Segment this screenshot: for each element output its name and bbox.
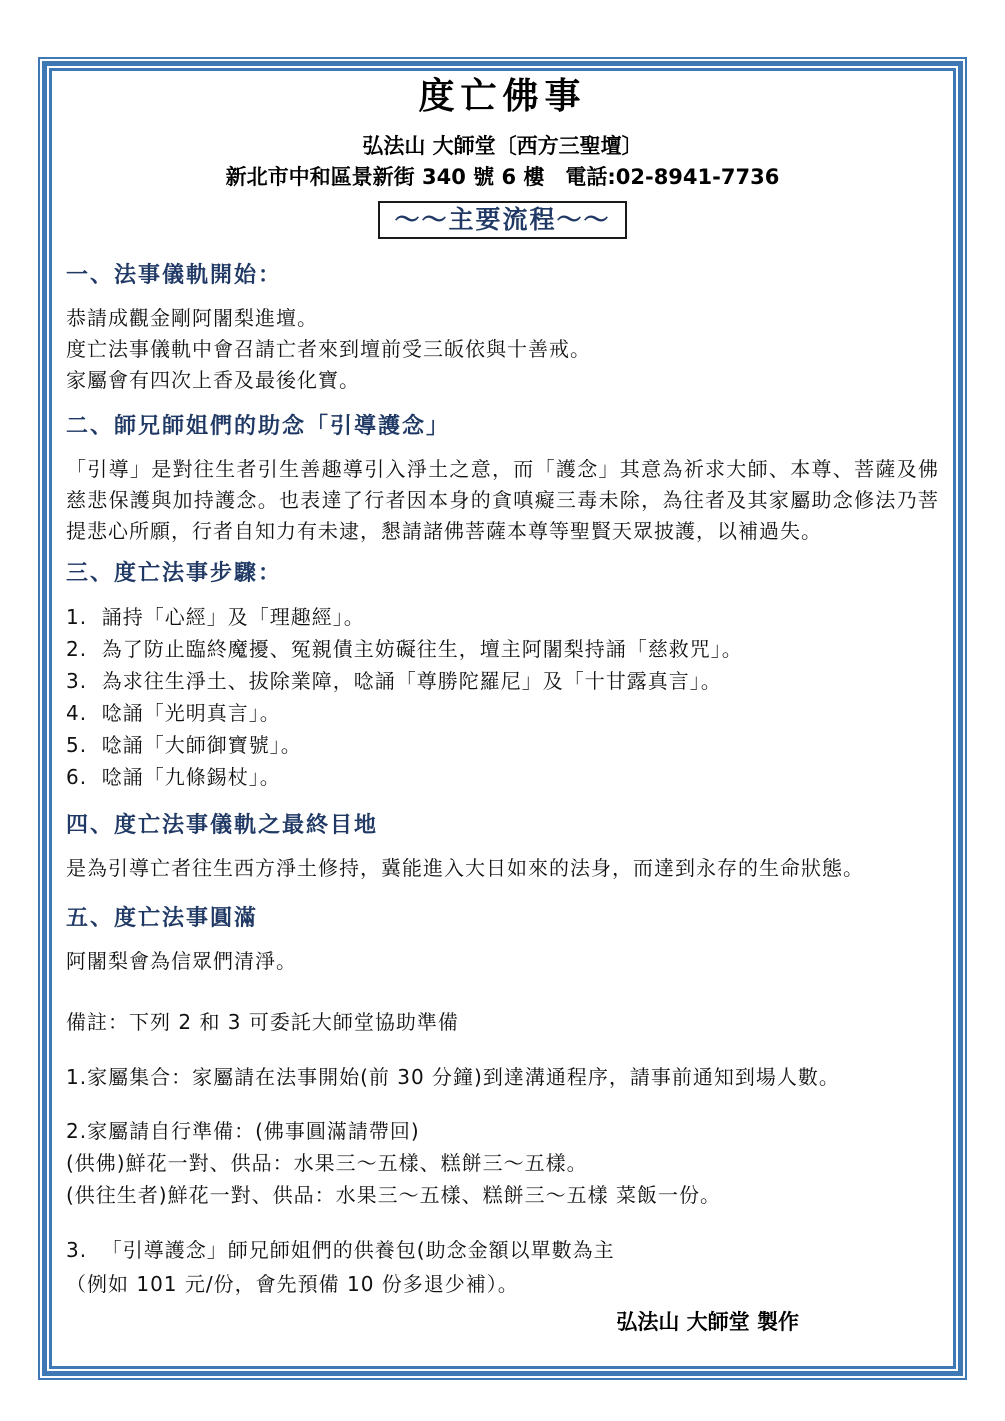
step-line: 2. 為了防止臨終魔擾、冤親債主妨礙往生，壇主阿闍梨持誦「慈救咒」。 xyxy=(66,633,939,665)
note-item-2: 2.家屬請自行準備：(佛事圓滿請帶回) (供佛)鮮花一對、供品：水果三～五樣、糕… xyxy=(66,1115,939,1211)
note-line: （例如 101 元/份，會先預備 10 份多退少補）。 xyxy=(66,1267,939,1301)
step-line: 6. 唸誦「九條錫杖」。 xyxy=(66,761,939,793)
note-item-1: 1.家屬集合：家屬請在法事開始(前 30 分鐘)到達溝通程序，請事前通知到場人數… xyxy=(66,1062,939,1093)
step-line: 4. 唸誦「光明真言」。 xyxy=(66,697,939,729)
document-title: 度亡佛事 xyxy=(66,75,939,119)
body-line: 是為引導亡者往生西方淨土修持，冀能進入大日如來的法身，而達到永存的生命狀態。 xyxy=(66,853,939,884)
document-content-area: 度亡佛事 弘法山 大師堂〔西方三聖壇〕 新北市中和區景新街 340 號 6 樓 … xyxy=(49,68,956,1369)
step-line: 1. 誦持「心經」及「理趣經」。 xyxy=(66,601,939,633)
venue-line: 弘法山 大師堂〔西方三聖壇〕 xyxy=(66,131,939,162)
section-4-body: 是為引導亡者往生西方淨土修持，冀能進入大日如來的法身，而達到永存的生命狀態。 xyxy=(66,853,939,884)
banner-row: ～～主要流程～～ xyxy=(66,201,939,239)
note-line: (供往生者)鮮花一對、供品：水果三～五樣、糕餅三～五樣 菜飯一份。 xyxy=(66,1179,939,1211)
note-line: (供佛)鮮花一對、供品：水果三～五樣、糕餅三～五樣。 xyxy=(66,1147,939,1179)
decorative-border-outer: 度亡佛事 弘法山 大師堂〔西方三聖壇〕 新北市中和區景新街 340 號 6 樓 … xyxy=(38,57,967,1380)
remark-line: 備註：下列 2 和 3 可委託大師堂協助準備 xyxy=(66,1007,939,1038)
step-line: 5. 唸誦「大師御寶號」。 xyxy=(66,729,939,761)
section-3-heading: 三、度亡法事步驟： xyxy=(66,559,939,589)
body-line: 恭請成觀金剛阿闍梨進壇。 xyxy=(66,303,939,334)
body-line: 阿闍梨會為信眾們清淨。 xyxy=(66,946,939,977)
section-3-steps: 1. 誦持「心經」及「理趣經」。 2. 為了防止臨終魔擾、冤親債主妨礙往生，壇主… xyxy=(66,601,939,793)
section-5-body: 阿闍梨會為信眾們清淨。 xyxy=(66,946,939,977)
main-process-banner: ～～主要流程～～ xyxy=(378,201,626,239)
section-1-heading: 一、法事儀軌開始： xyxy=(66,261,939,291)
section-2-heading: 二、師兄師姐們的助念「引導護念」 xyxy=(66,412,939,442)
section-2-paragraph: 「引導」是對往生者引生善趣導引入淨土之意，而「護念」其意為祈求大師、本尊、菩薩及… xyxy=(66,454,939,547)
body-line: 家屬會有四次上香及最後化寶。 xyxy=(66,365,939,396)
note-line: 1.家屬集合：家屬請在法事開始(前 30 分鐘)到達溝通程序，請事前通知到場人數… xyxy=(66,1062,939,1093)
section-4-heading: 四、度亡法事儀軌之最終目地 xyxy=(66,811,939,841)
producer-credit: 弘法山 大師堂 製作 xyxy=(66,1307,939,1338)
section-5-heading: 五、度亡法事圓滿 xyxy=(66,904,939,934)
step-line: 3. 為求往生淨土、拔除業障，唸誦「尊勝陀羅尼」及「十甘露真言」。 xyxy=(66,665,939,697)
body-line: 度亡法事儀軌中會召請亡者來到壇前受三皈依與十善戒。 xyxy=(66,334,939,365)
note-line: 3. 「引導護念」師兄師姐們的供養包(助念金額以單數為主 xyxy=(66,1233,939,1267)
decorative-border-middle: 度亡佛事 弘法山 大師堂〔西方三聖壇〕 新北市中和區景新街 340 號 6 樓 … xyxy=(42,61,963,1376)
address-phone-line: 新北市中和區景新街 340 號 6 樓 電話:02-8941-7736 xyxy=(66,162,939,193)
section-1-body: 恭請成觀金剛阿闍梨進壇。 度亡法事儀軌中會召請亡者來到壇前受三皈依與十善戒。 家… xyxy=(66,303,939,396)
note-item-3: 3. 「引導護念」師兄師姐們的供養包(助念金額以單數為主 （例如 101 元/份… xyxy=(66,1233,939,1301)
note-line: 2.家屬請自行準備：(佛事圓滿請帶回) xyxy=(66,1115,939,1147)
